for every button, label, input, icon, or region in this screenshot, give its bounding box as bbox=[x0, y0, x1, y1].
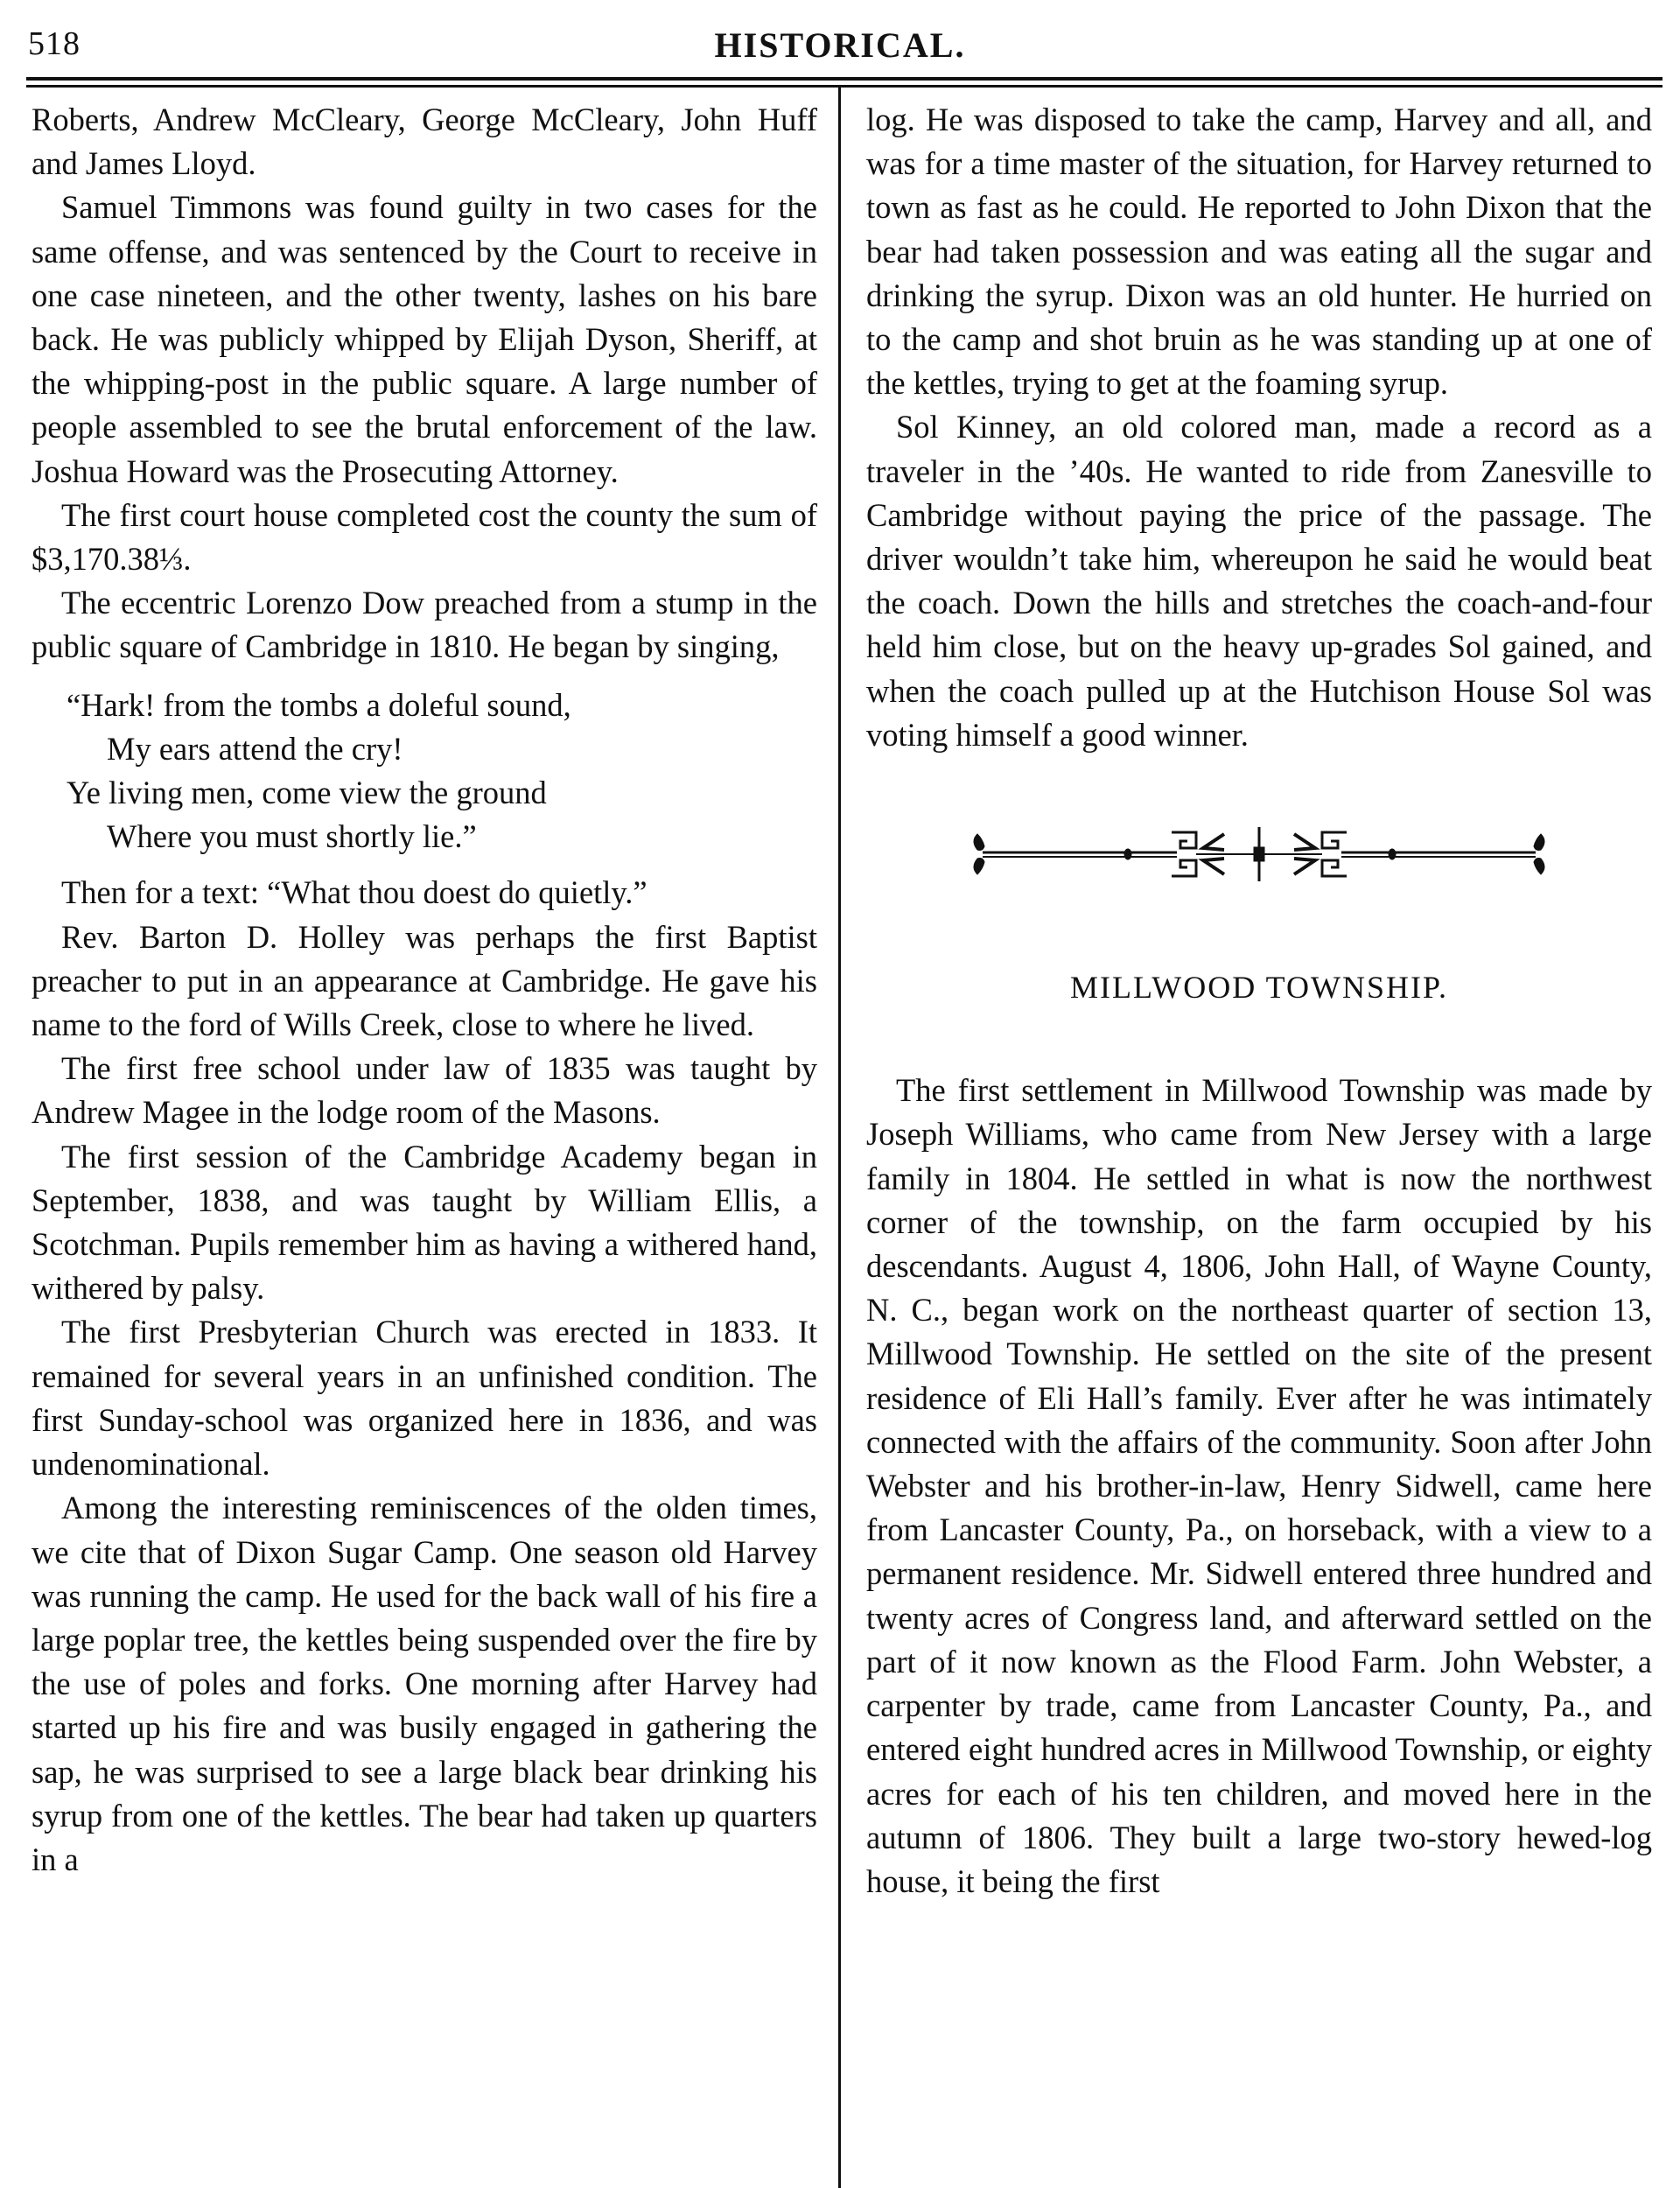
hymn-verse: “Hark! from the tombs a doleful sound, M… bbox=[66, 684, 817, 859]
paragraph: Rev. Barton D. Holley was perhaps the fi… bbox=[31, 915, 817, 1048]
paragraph: log. He was disposed to take the camp, H… bbox=[866, 98, 1652, 405]
paragraph: The first free school under law of 1835 … bbox=[31, 1047, 817, 1134]
verse-line: My ears attend the cry! bbox=[66, 727, 817, 771]
paragraph: Among the interesting reminiscences of t… bbox=[31, 1486, 817, 1882]
paragraph: Then for a text: “What thou doest do qui… bbox=[31, 871, 817, 915]
left-column: Roberts, Andrew McCleary, George McClear… bbox=[31, 98, 817, 1882]
paragraph: The first court house completed cost the… bbox=[31, 494, 817, 581]
verse-line: Where you must shortly lie.” bbox=[66, 815, 817, 859]
right-column: log. He was disposed to take the camp, H… bbox=[866, 98, 1652, 1904]
decorative-rule-ornament-icon bbox=[970, 824, 1548, 885]
page-header: 518 HISTORICAL. bbox=[0, 0, 1680, 96]
running-title: HISTORICAL. bbox=[0, 25, 1680, 66]
verse-line: Ye living men, come view the ground bbox=[66, 771, 817, 815]
paragraph: The first settlement in Millwood Townshi… bbox=[866, 1069, 1652, 1904]
paragraph: Sol Kinney, an old colored man, made a r… bbox=[866, 405, 1652, 757]
paragraph: The first session of the Cambridge Acade… bbox=[31, 1135, 817, 1311]
verse-line: “Hark! from the tombs a doleful sound, bbox=[66, 684, 817, 727]
paragraph: Roberts, Andrew McCleary, George McClear… bbox=[31, 98, 817, 186]
paragraph: The first Presbyterian Church was erecte… bbox=[31, 1310, 817, 1486]
paragraph: Samuel Timmons was found guilty in two c… bbox=[31, 186, 817, 493]
paragraph: The eccentric Lorenzo Dow preached from … bbox=[31, 581, 817, 669]
column-divider bbox=[838, 88, 841, 2188]
header-rule-top bbox=[26, 77, 1662, 81]
header-rule-bottom bbox=[26, 85, 1662, 88]
section-heading: MILLWOOD TOWNSHIP. bbox=[866, 965, 1652, 1009]
